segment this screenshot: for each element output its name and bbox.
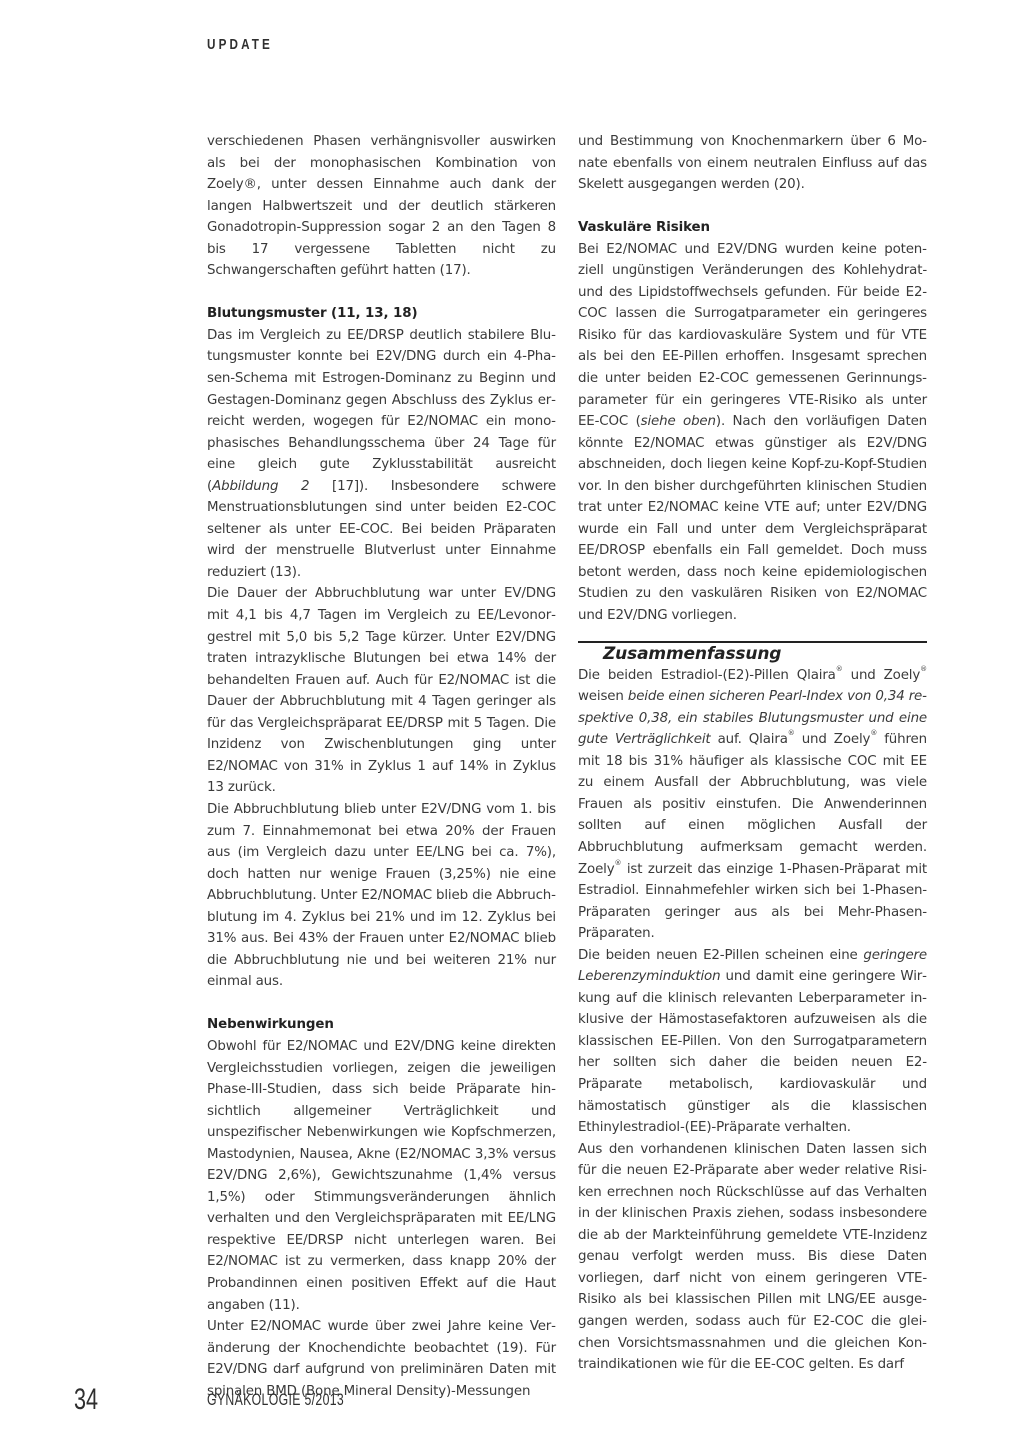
paragraph: Bei E2/NOMAC und E2V/DNG wurden keine po… — [578, 239, 927, 627]
registered-trademark-icon: ® — [788, 729, 795, 737]
section-heading-side-effects: Nebenwirkungen — [207, 1014, 556, 1036]
paragraph: Die beiden neuen E2-Pillen scheinen eine… — [578, 945, 927, 1139]
spacer — [207, 282, 556, 304]
paragraph: Die Abbruchblutung blieb unter E2V/DNG v… — [207, 799, 556, 993]
running-head: UPDATE — [207, 36, 273, 53]
paragraph: verschiedenen Phasen verhängnisvoller au… — [207, 131, 556, 282]
registered-trademark-icon: ® — [836, 665, 843, 673]
text-run: Die beiden Estradiol-(E2)-Pillen Qlaira — [578, 668, 836, 683]
registered-trademark-icon: ® — [920, 665, 927, 673]
text-run: ). Nach den vorläufigen Daten könnte E2/… — [578, 414, 927, 623]
paragraph: Obwohl für E2/NOMAC und E2V/DNG keine di… — [207, 1036, 556, 1316]
paragraph: und Bestimmung von Knochenmarkern über 6… — [578, 131, 927, 196]
text-run: und damit eine geringere Wir­kung auf di… — [578, 969, 927, 1135]
text-run: auf. Qlaira — [711, 732, 788, 747]
text-run: Die beiden neuen E2-Pillen scheinen eine — [578, 948, 863, 963]
text-run: führen mit 18 bis 31% häufiger als klass… — [578, 732, 927, 876]
registered-trademark-icon: ® — [870, 729, 877, 737]
section-heading-vascular: Vaskuläre Risiken — [578, 217, 927, 239]
text-run: und Zoely — [795, 732, 871, 747]
registered-trademark-icon: ® — [615, 859, 622, 867]
right-column: und Bestimmung von Knochenmarkern über 6… — [578, 131, 927, 1376]
spacer — [578, 196, 927, 218]
text-run: Das im Vergleich zu EE/DRSP deutlich sta… — [207, 328, 556, 494]
text-run: Bei E2/NOMAC und E2V/DNG wurden keine po… — [578, 242, 927, 429]
paragraph: Die Dauer der Abbruchblutung war unter E… — [207, 583, 556, 798]
cross-reference: siehe oben — [641, 414, 716, 429]
spacer — [207, 993, 556, 1015]
text-run: weisen — [578, 689, 628, 704]
left-column: verschiedenen Phasen verhängnisvoller au… — [207, 131, 556, 1402]
text-run: ist zurzeit das ein­zige 1-Phasen-Präpar… — [578, 862, 927, 942]
page-number: 34 — [74, 1383, 98, 1417]
summary-heading: Zusammenfassung — [603, 643, 927, 665]
journal-issue: GYNÄKOLOGIE 5/2013 — [207, 1390, 344, 1410]
paragraph: Aus den vorhandenen klinischen Daten las… — [578, 1139, 927, 1376]
section-heading-bleeding: Blutungsmuster (11, 13, 18) — [207, 303, 556, 325]
text-run: und Zoely — [843, 668, 921, 683]
paragraph: Die beiden Estradiol-(E2)-Pillen Qlaira®… — [578, 665, 927, 945]
figure-reference: Abbildung 2 — [212, 479, 309, 494]
paragraph: Das im Vergleich zu EE/DRSP deutlich sta… — [207, 325, 556, 584]
